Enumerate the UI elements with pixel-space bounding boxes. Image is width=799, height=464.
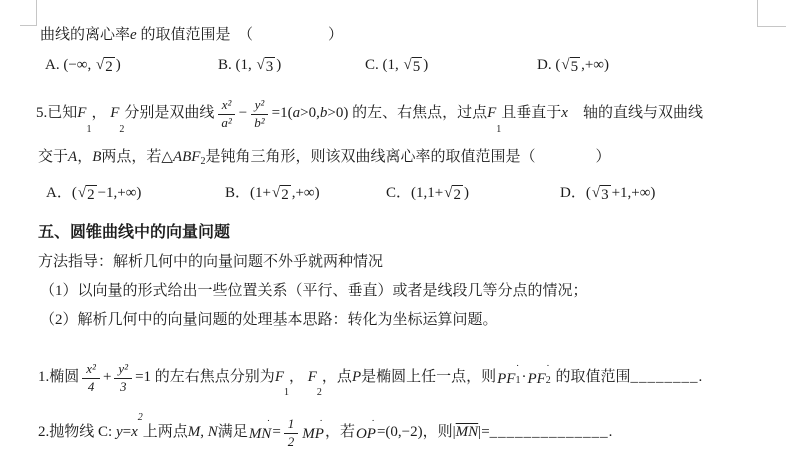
radical: √2 <box>444 185 463 204</box>
document-page: 曲线的离心率e 的取值范围是 （ ） A. (−∞, √2) B. (1, √3… <box>0 0 799 464</box>
question4-stem: 曲线的离心率e 的取值范围是 （ ） <box>40 25 343 47</box>
section-heading-text: 五、圆锥曲线中的向量问题 <box>38 223 230 244</box>
method-guidance-text: 方法指导：解析几何中的向量问题不外乎就两种情况 <box>38 253 383 273</box>
question5-option-b: B．(1+√2,+∞) <box>225 180 320 208</box>
question4-option-a: A. (−∞, √2) <box>45 53 121 79</box>
vector: ˙PF1 <box>497 367 520 390</box>
radical: √2 <box>96 57 115 76</box>
text-boundary-mark-top-left-vertical <box>36 0 37 25</box>
method-item-1: （1）以向量的形式给出一些位置关系（平行、垂直）或者是线段几等分点的情况； <box>40 281 588 303</box>
section-heading: 五、圆锥曲线中的向量问题 <box>38 222 230 244</box>
radical: √2 <box>78 185 97 204</box>
radical: √5 <box>404 57 423 76</box>
fraction: y²3 <box>114 362 132 395</box>
method-guidance-line: 方法指导：解析几何中的向量问题不外乎就两种情况 <box>38 252 383 274</box>
radical: √3 <box>257 57 276 76</box>
question5-stem-line1: 5.已知F1， F2分别是双曲线x²a²−y²b²=1(a>0,b>0) 的左、… <box>36 90 703 138</box>
question5-option-a: A．(√2−1,+∞) <box>46 180 141 208</box>
radical: √3 <box>592 185 611 204</box>
vector-question-1: 1.椭圆x²4+y²3=1 的左右焦点分别为F1， F2，点P是椭圆上任一点，则… <box>38 355 702 401</box>
radical: √5 <box>561 57 580 76</box>
fraction: x²4 <box>82 362 100 395</box>
question4-option-d: D. (√5,+∞) <box>537 53 609 79</box>
fraction: x²a² <box>217 98 235 131</box>
question5-stem-line2: 交于A，B两点，若△ABF2是钝角三角形，则该双曲线离心率的取值范围是（ ） <box>38 146 610 170</box>
vector: ˙MN <box>249 422 272 445</box>
text-boundary-mark-top-right-vertical <box>757 0 758 26</box>
fraction: 12 <box>284 417 299 450</box>
vector-question-2: 2.抛物线 C: y=x2上两点M, N满足˙MN=12˙MP，若˙OP=(0,… <box>38 410 612 456</box>
method-item-2-text: （2）解析几何中的向量问题的处理基本思路：转化为坐标运算问题。 <box>40 311 498 331</box>
question5-option-c: C．(1,1+√2) <box>386 180 469 208</box>
vector: ˙MP <box>302 422 324 445</box>
question4-option-b: B. (1, √3) <box>218 53 281 79</box>
fraction: y²b² <box>250 98 268 131</box>
text-boundary-mark-top-left-horizontal <box>20 25 37 26</box>
question4-option-c: C. (1, √5) <box>365 53 428 79</box>
text-boundary-mark-top-right-horizontal <box>757 26 786 27</box>
radical: √2 <box>272 185 291 204</box>
vector: ˙OP <box>356 422 376 445</box>
question5-option-d: D．(√3+1,+∞) <box>560 180 655 208</box>
method-item-2: （2）解析几何中的向量问题的处理基本思路：转化为坐标运算问题。 <box>40 310 498 332</box>
method-item-1-text: （1）以向量的形式给出一些位置关系（平行、垂直）或者是线段几等分点的情况； <box>40 282 588 302</box>
vector: ˙PF2 <box>527 367 550 390</box>
